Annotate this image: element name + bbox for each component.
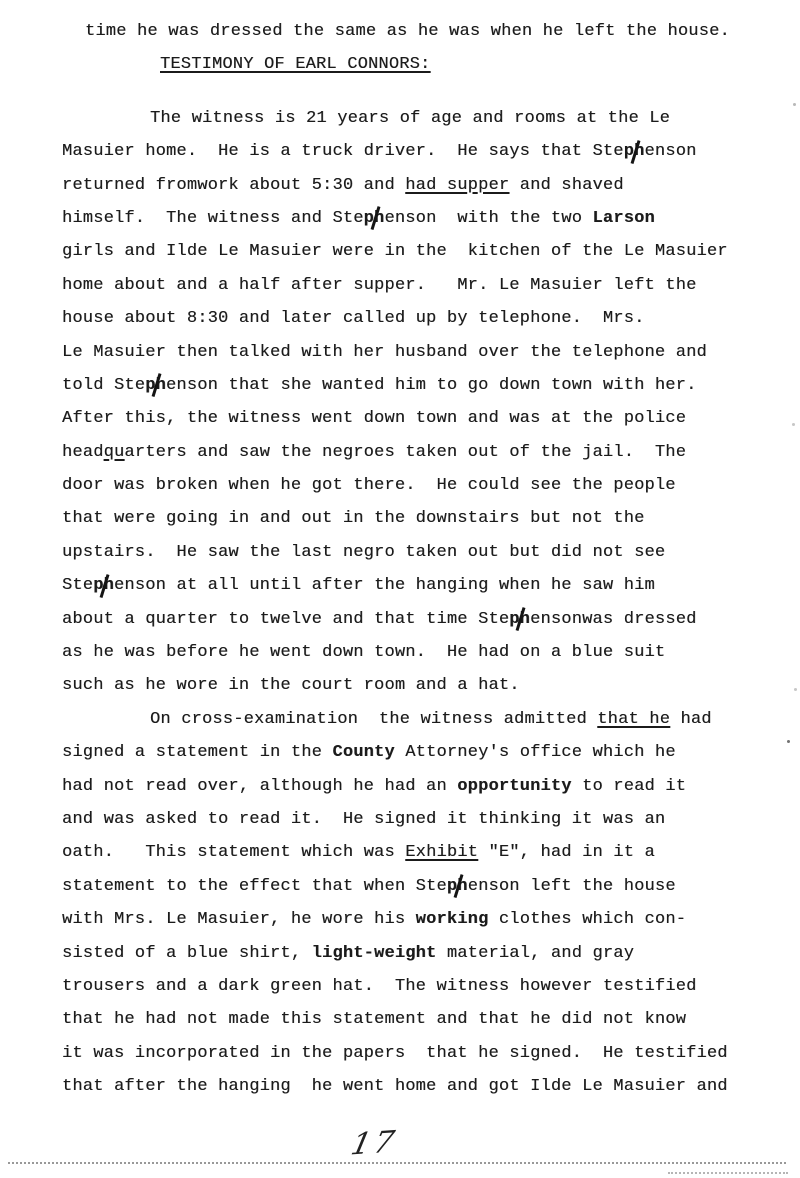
text-segment: to read it	[572, 777, 686, 796]
text-segment: The witness is 21 years of age and rooms…	[150, 109, 670, 128]
text-segment: arters and saw the negroes taken out of …	[124, 443, 686, 462]
text-line: sisted of a blue shirt, light-weight mat…	[62, 944, 800, 977]
text-segment: such as he wore in the court room and a …	[62, 676, 520, 695]
handwritten-page-number: 17	[348, 1125, 401, 1163]
text-line: headquarters and saw the negroes taken o…	[62, 443, 800, 476]
scan-speck	[793, 103, 796, 106]
text-segment: material, and gray	[436, 944, 634, 963]
text-line: trousers and a dark green hat. The witne…	[62, 977, 800, 1010]
text-line: had not read over, although he had an op…	[62, 777, 800, 810]
text-line: such as he wore in the court room and a …	[62, 676, 800, 709]
text-segment: light-weight	[312, 944, 437, 963]
text-segment: that after the hanging he went home and …	[62, 1077, 728, 1096]
scan-speck	[794, 688, 797, 691]
text-line: himself. The witness and Stephenson with…	[62, 209, 800, 242]
text-segment: it was incorporated in the papers that h…	[62, 1044, 728, 1063]
text-segment: Exhibit	[405, 843, 478, 862]
text-segment: house about 8:30 and later called up by …	[62, 309, 645, 328]
text-segment: door was broken when he got there. He co…	[62, 476, 676, 495]
text-segment: working	[416, 910, 489, 929]
text-segment: Attorney's office which he	[395, 743, 676, 762]
overstruck-text: ph	[93, 576, 114, 595]
text-line: Masuier home. He is a truck driver. He s…	[62, 142, 800, 175]
text-line: signed a statement in the County Attorne…	[62, 743, 800, 776]
overstruck-text: ph	[364, 209, 385, 228]
text-segment: Le Masuier then talked with her husband …	[62, 343, 707, 362]
text-line: After this, the witness went down town a…	[62, 409, 800, 442]
text-line: house about 8:30 and later called up by …	[62, 309, 800, 342]
text-segment: had not read over, although he had an	[62, 777, 457, 796]
text-line: returned fromwork about 5:30 and had sup…	[62, 176, 800, 209]
text-line: told Stephenson that she wanted him to g…	[62, 376, 800, 409]
text-segment: TESTIMONY OF EARL CONNORS:	[160, 55, 430, 74]
text-segment: and was asked to read it. He signed it t…	[62, 810, 665, 829]
text-segment: statement to the effect that when Ste	[62, 877, 447, 896]
document-page: time he was dressed the same as he was w…	[0, 0, 800, 1178]
text-line: The witness is 21 years of age and rooms…	[150, 109, 800, 142]
overstruck-text: ph	[447, 877, 468, 896]
text-line: as he was before he went down town. He h…	[62, 643, 800, 676]
text-segment: head	[62, 443, 104, 462]
text-segment: with Mrs. Le Masuier, he wore his	[62, 910, 416, 929]
scan-speck	[787, 740, 790, 743]
text-line: home about and a half after supper. Mr. …	[62, 276, 800, 309]
text-segment: signed a statement in the	[62, 743, 332, 762]
overstruck-text: ph	[624, 142, 645, 161]
text-segment: After this, the witness went down town a…	[62, 409, 686, 428]
text-segment: clothes which con-	[488, 910, 686, 929]
scan-artifact-dotted-line-short	[668, 1172, 788, 1174]
text-segment: enson	[645, 142, 697, 161]
text-line: time he was dressed the same as he was w…	[85, 22, 800, 55]
text-segment: that he	[597, 710, 670, 729]
text-segment: that he had not made this statement and …	[62, 1010, 686, 1029]
text-line: about a quarter to twelve and that time …	[62, 610, 800, 643]
text-segment: enson left the house	[468, 877, 676, 896]
text-segment: time he was dressed the same as he was w…	[85, 22, 730, 41]
text-line: upstairs. He saw the last negro taken ou…	[62, 543, 800, 576]
text-segment: enson with the two	[384, 209, 592, 228]
text-segment: girls and Ilde Le Masuier were in the ki…	[62, 242, 728, 261]
text-line: Le Masuier then talked with her husband …	[62, 343, 800, 376]
text-segment: about a quarter to twelve and that time …	[62, 610, 509, 629]
text-segment: home about and a half after supper. Mr. …	[62, 276, 697, 295]
text-segment: enson that she wanted him to go down tow…	[166, 376, 697, 395]
section-heading: TESTIMONY OF EARL CONNORS:	[160, 55, 800, 88]
text-segment: sisted of a blue shirt,	[62, 944, 312, 963]
scan-speck	[792, 423, 795, 426]
text-segment: as he was before he went down town. He h…	[62, 643, 665, 662]
text-segment: "E", had in it a	[478, 843, 655, 862]
text-segment: ensonwas dressed	[530, 610, 696, 629]
text-segment: that were going in and out in the downst…	[62, 509, 645, 528]
text-segment: On cross-examination the witness admitte…	[150, 710, 597, 729]
text-segment: trousers and a dark green hat. The witne…	[62, 977, 697, 996]
text-segment: had	[670, 710, 712, 729]
text-segment: Larson	[593, 209, 655, 228]
text-line: girls and Ilde Le Masuier were in the ki…	[62, 242, 800, 275]
text-segment: had supper	[405, 176, 509, 195]
text-line: that he had not made this statement and …	[62, 1010, 800, 1043]
text-line: with Mrs. Le Masuier, he wore his workin…	[62, 910, 800, 943]
text-segment: Masuier home. He is a truck driver. He s…	[62, 142, 624, 161]
text-segment: opportunity	[457, 777, 571, 796]
text-segment: enson at all until after the hanging whe…	[114, 576, 655, 595]
text-segment: and shaved	[509, 176, 623, 195]
text-segment: oath. This statement which was	[62, 843, 405, 862]
line-spacer	[0, 89, 800, 109]
text-line: Stephenson at all until after the hangin…	[62, 576, 800, 609]
text-segment: qu	[104, 443, 125, 462]
text-line: and was asked to read it. He signed it t…	[62, 810, 800, 843]
document-lines: time he was dressed the same as he was w…	[0, 22, 800, 1111]
text-segment: Ste	[62, 576, 93, 595]
text-segment: himself. The witness and Ste	[62, 209, 364, 228]
text-line: On cross-examination the witness admitte…	[150, 710, 800, 743]
text-line: that were going in and out in the downst…	[62, 509, 800, 542]
text-line: that after the hanging he went home and …	[62, 1077, 800, 1110]
text-segment: upstairs. He saw the last negro taken ou…	[62, 543, 665, 562]
overstruck-text: ph	[509, 610, 530, 629]
text-line: door was broken when he got there. He co…	[62, 476, 800, 509]
overstruck-text: ph	[145, 376, 166, 395]
text-line: statement to the effect that when Stephe…	[62, 877, 800, 910]
scan-artifact-dotted-line	[8, 1162, 786, 1164]
text-line: it was incorporated in the papers that h…	[62, 1044, 800, 1077]
text-segment: returned fromwork about 5:30 and	[62, 176, 405, 195]
text-segment: told Ste	[62, 376, 145, 395]
text-line: oath. This statement which was Exhibit "…	[62, 843, 800, 876]
text-segment: County	[332, 743, 394, 762]
